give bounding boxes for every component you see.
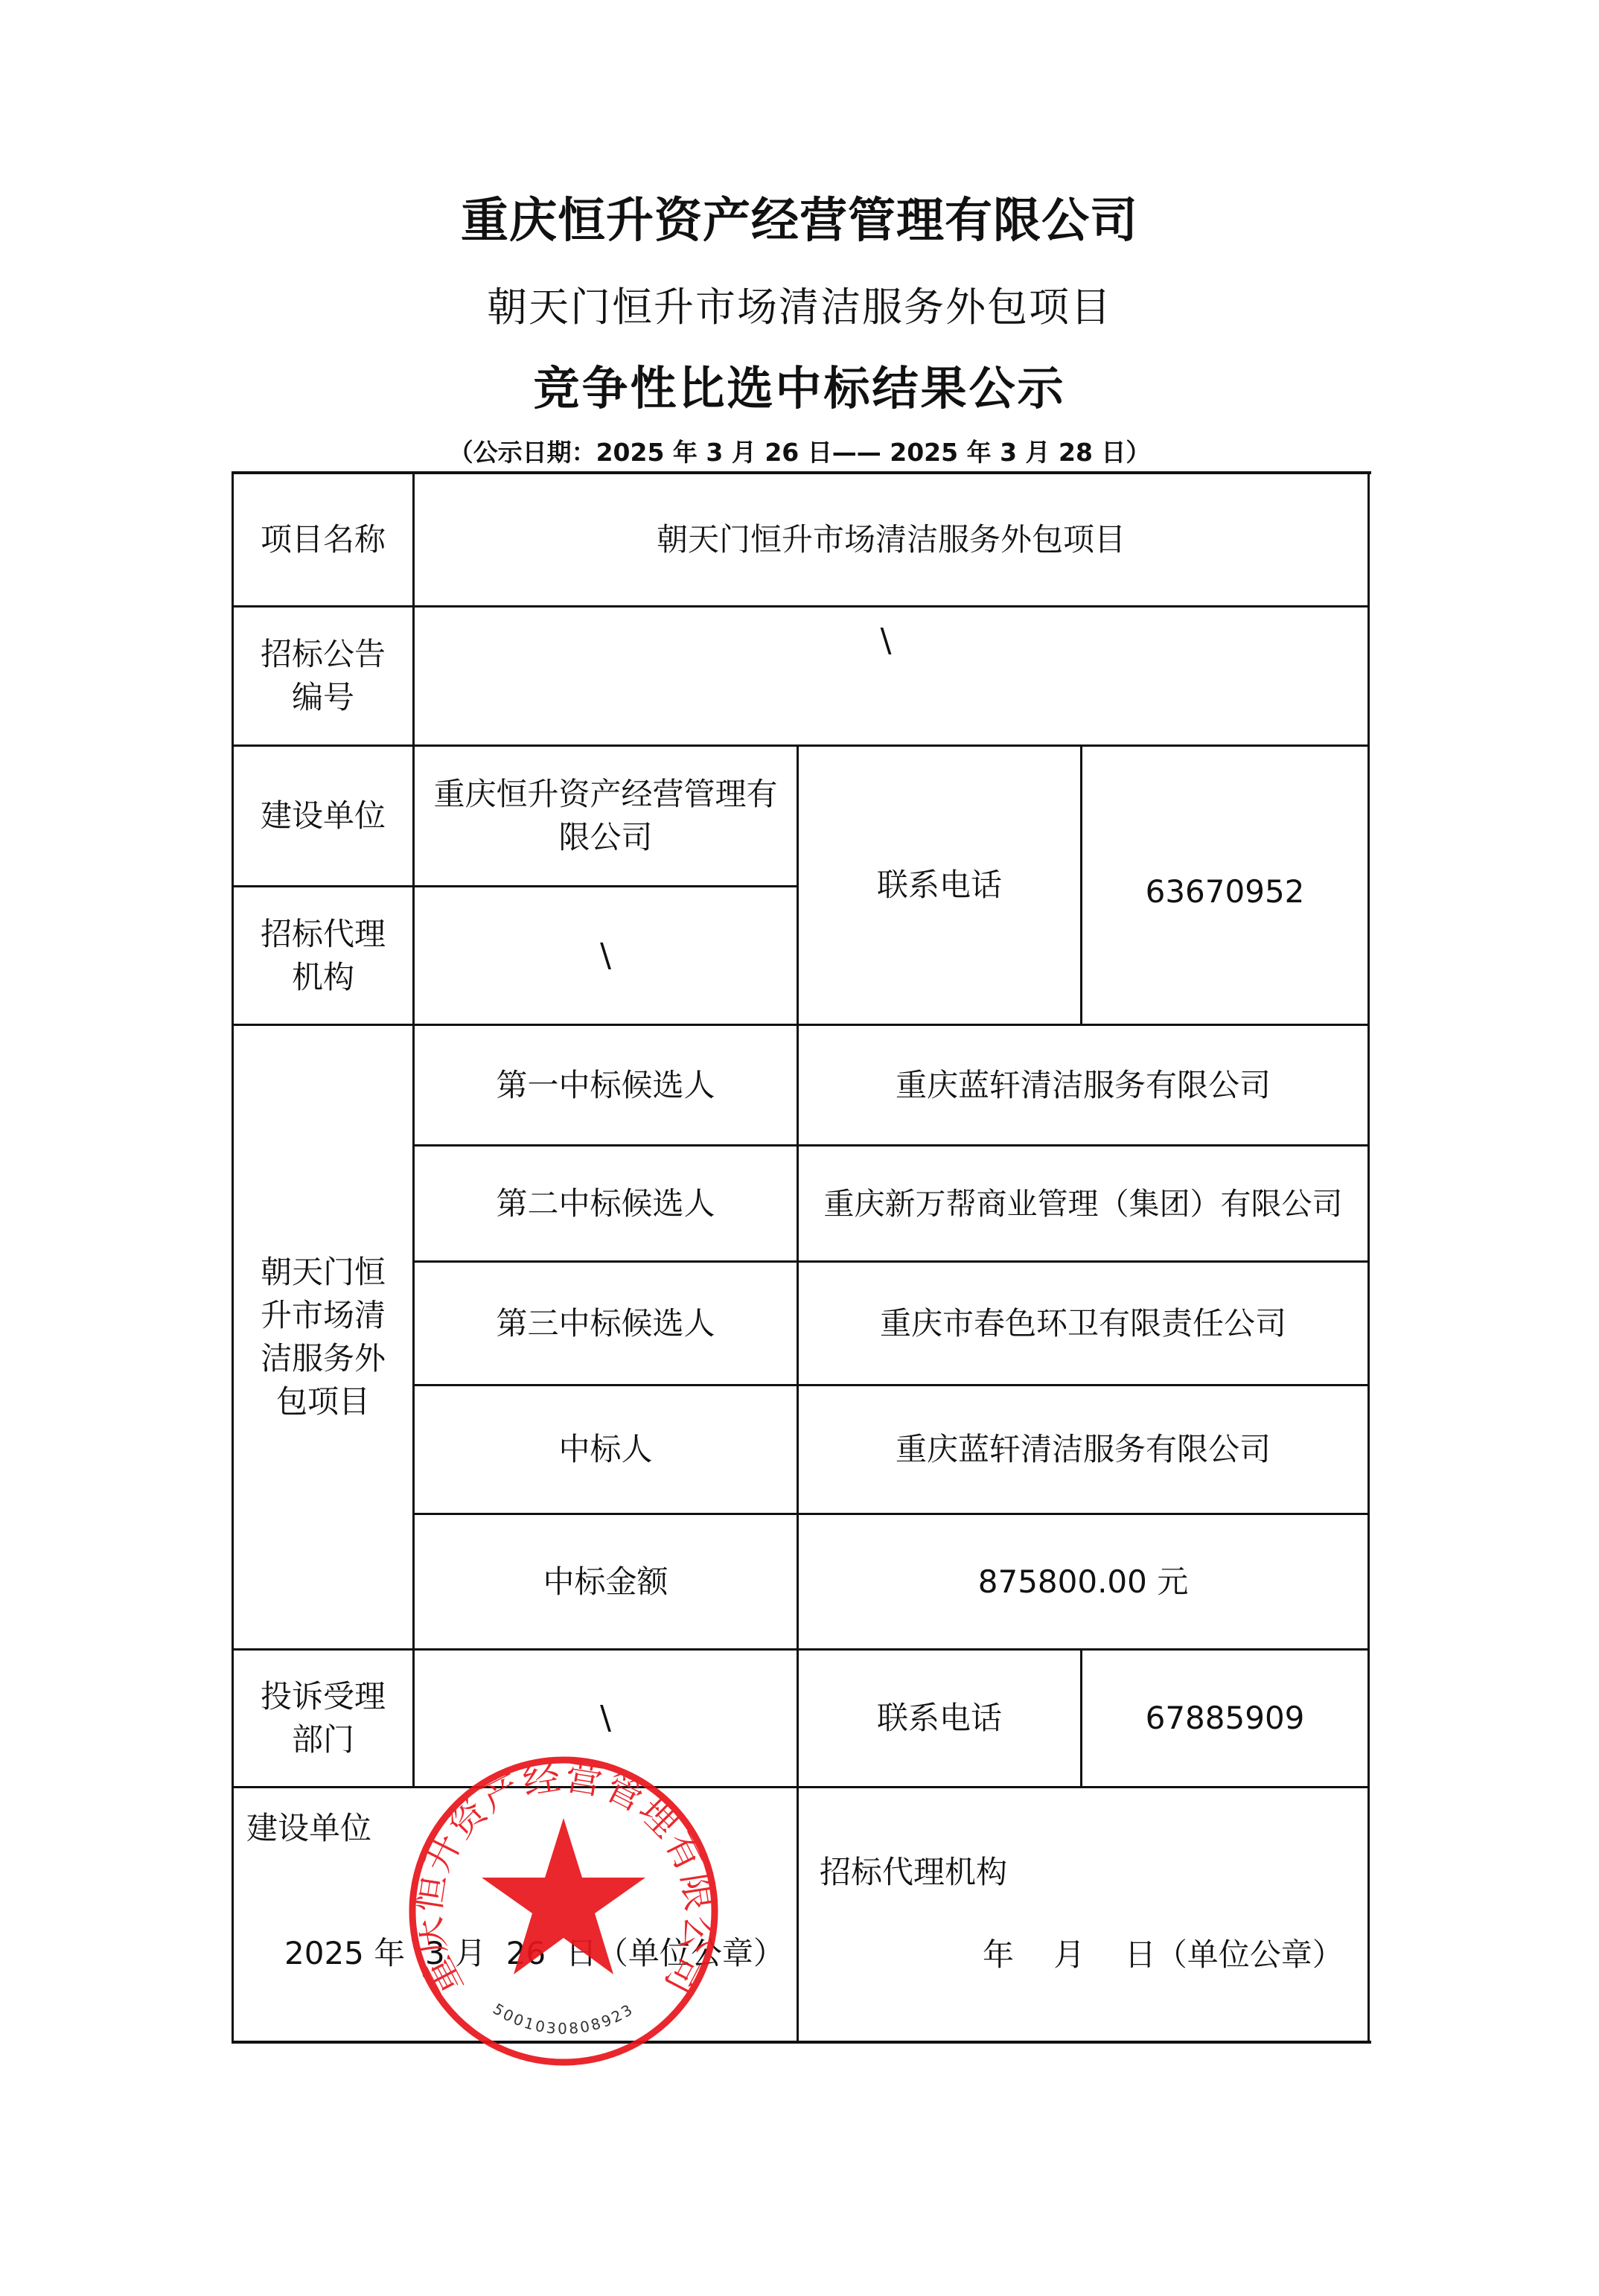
agency-value: \	[415, 887, 797, 1024]
candidate-3-label: 第三中标候选人	[415, 1263, 797, 1384]
candidate-3-value: 重庆市春色环卫有限责任公司	[799, 1263, 1367, 1384]
table-border-bottom	[232, 2041, 1371, 2044]
tender-notice-no-label: 招标公告编号	[246, 608, 400, 744]
award-amount-value: 875800.00 元	[799, 1515, 1367, 1648]
section-label: 朝天门恒升市场清洁服务外包项目	[246, 1026, 400, 1648]
award-amount-label: 中标金额	[415, 1515, 797, 1648]
row-line	[232, 605, 1370, 608]
official-seal-icon: 重庆恒升资产经营管理有限公司 5001030808923	[407, 1755, 720, 2067]
svg-text:5001030808923: 5001030808923	[490, 2000, 637, 2038]
agency-label: 招标代理机构	[246, 887, 400, 1024]
project-name-label: 项目名称	[234, 473, 412, 605]
contact-phone-2-value: 67885909	[1082, 1651, 1367, 1786]
project-name-value: 朝天门恒升市场清洁服务外包项目	[415, 473, 1367, 605]
construction-unit-label: 建设单位	[234, 747, 412, 885]
signature-left-label: 建设单位	[246, 1813, 371, 1844]
signature-left-date: 2025 年 3 月 26 日（单位公章）	[284, 1938, 785, 1969]
seal-code: 5001030808923	[490, 2000, 637, 2038]
candidate-2-label: 第二中标候选人	[415, 1147, 797, 1260]
candidate-1-label: 第一中标候选人	[415, 1026, 797, 1144]
contact-phone-2-label: 联系电话	[799, 1651, 1080, 1786]
contact-phone-1-value: 63670952	[1082, 747, 1367, 1016]
winner-value: 重庆蓝轩清洁服务有限公司	[799, 1386, 1367, 1513]
notice-title: 竞争性比选中标结果公示	[0, 363, 1599, 415]
table-border-right	[1367, 471, 1370, 2044]
company-title: 重庆恒升资产经营管理有限公司	[0, 195, 1599, 247]
signature-right-label: 招标代理机构	[820, 1857, 1007, 1888]
complaint-dept-value: \	[415, 1651, 797, 1786]
table-border-left	[232, 471, 234, 2044]
candidate-2-value: 重庆新万帮商业管理（集团）有限公司	[799, 1147, 1367, 1260]
candidate-1-value: 重庆蓝轩清洁服务有限公司	[799, 1026, 1367, 1144]
project-subtitle: 朝天门恒升市场清洁服务外包项目	[0, 285, 1599, 330]
winner-label: 中标人	[415, 1386, 797, 1513]
row-line	[232, 1786, 1370, 1788]
tender-notice-no-value: \	[864, 608, 908, 675]
signature-right-date: 年 月 日（单位公章）	[983, 1939, 1344, 1971]
publicity-period: （公示日期：2025 年 3 月 26 日—— 2025 年 3 月 28 日）	[0, 438, 1599, 468]
complaint-dept-label: 投诉受理部门	[246, 1651, 400, 1786]
contact-phone-1-label: 联系电话	[799, 747, 1080, 1024]
construction-unit-value: 重庆恒升资产经营管理有限公司	[415, 747, 797, 885]
